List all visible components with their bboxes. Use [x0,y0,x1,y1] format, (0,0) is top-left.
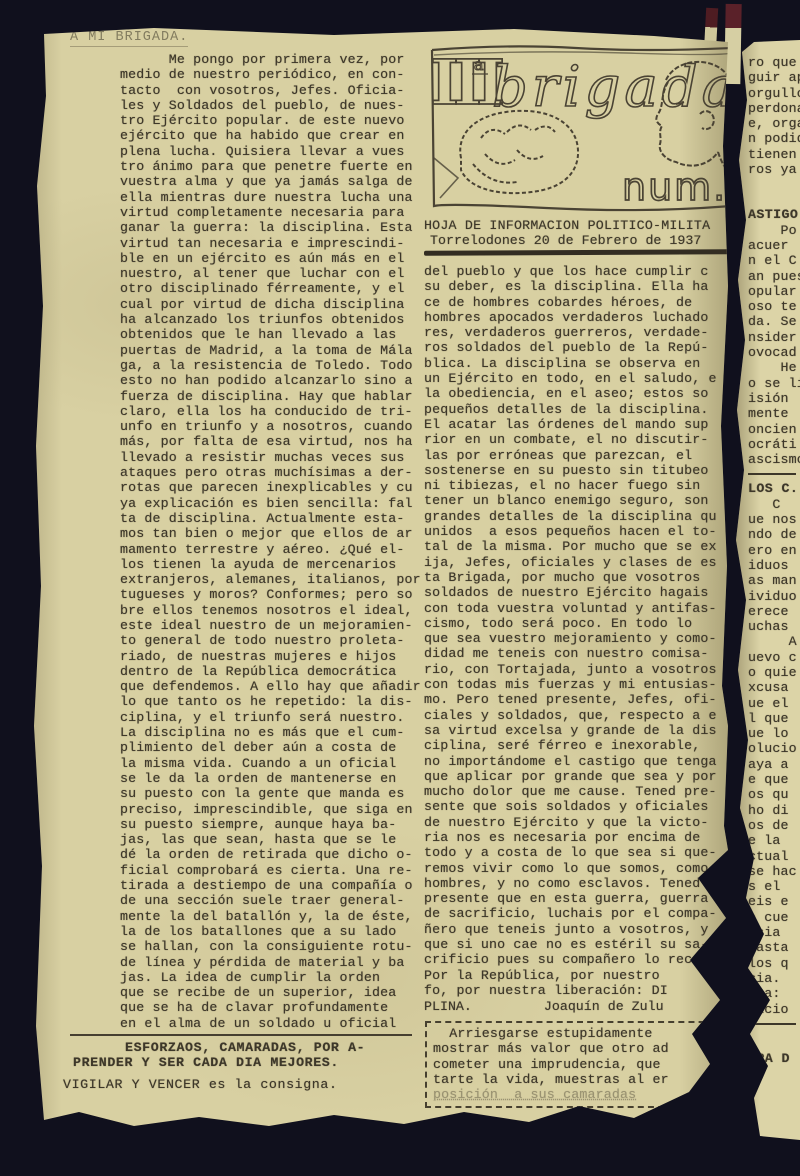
text-line: ñero que teneis junto a vosotros, y [424,922,738,937]
text-line: virtud tan necesaria e imprescindi- [120,236,450,251]
text-line: sostenerse en su puesto sin titubeo [424,463,738,478]
text-line: ovocad [748,345,800,360]
fragment-divider [748,1023,796,1025]
text-line: ascismo [748,452,800,467]
text-line: da. Se [748,314,800,329]
text-line: rio, con Tortajada, junto a vosotros [424,662,738,677]
text-line: bre ellos tenemos nosotros el ideal, [120,603,450,618]
text-line: PRENDER Y SER CADA DIA MEJORES. [63,1055,423,1070]
text-line: tro ánimo para que penetre fuerte en [120,159,450,174]
text-line: no importándome el castigo que tenga [424,754,738,769]
text-line: tal de la misma. Por mucho que se ex [424,539,738,554]
text-line: sente que sois soldados y oficiales [424,799,738,814]
text-line: rior en un combate, el no discutir- [424,432,738,447]
text-line: mucho dolor que me cause. Tened pre- [424,784,738,799]
text-line: plimiento del deber aún a costa de [120,740,450,755]
text-line: unfo en triunfo y a nosotros, cuando [120,419,450,434]
text-line: otro disciplinado férreamente, y el [120,281,450,296]
text-line: les y Soldados del pueblo, de nues- [120,98,450,113]
fragment-text: ro queguir aporgulloperdonae, organ podi… [734,40,800,1140]
text-line: ho di [748,803,800,818]
text-line: cometer una imprudencia, que [433,1057,731,1072]
scan-background: A MI BRIGADA. Me pongo por primera vez, … [0,0,800,1176]
left-column-text: Me pongo por primera vez, pormedio de nu… [120,52,450,1031]
text-line: e la [748,833,800,848]
slogan-footer: ESFORZAOS, CAMARADAS, POR A-PRENDER Y SE… [63,1040,423,1092]
text-line: tro Ejército popular. de este nuevo [120,113,450,128]
center-column-text: del pueblo y que los hace cumplir csu de… [424,264,738,998]
text-line: con todas mis fuerzas y mi entusias- [424,677,738,692]
text-line: tienen [748,147,800,162]
text-line: nuestro, al tener que luchar con el [120,266,450,281]
text-line: Por la República, por nuestro [424,968,738,983]
text-line: El acatar las órdenes del mando sup [424,417,738,432]
text-line: mo. Pero tened presente, Jefes, ofi- [424,692,738,707]
text-line: ta Brigada, por mucho que vosotros [424,570,738,585]
text-line: ue lo [748,726,800,741]
text-line: ataques pero otras muchísimas a der- [120,465,450,480]
text-line: ue el [748,696,800,711]
text-line: sa virtud excelsa y grande de la dis [424,723,738,738]
text-line: Arriesgarse estupidamente [433,1026,731,1041]
text-line: se hallan, con la consiguiente rotu- [120,939,450,954]
text-line: ha alcanzado los triunfos obtenidos [120,312,450,327]
text-line: ESFORZAOS, CAMARADAS, POR A- [63,1040,423,1055]
text-line: que se recibe de un superior, idea [120,985,450,1000]
text-line: de nuestro Ejército y que la victo- [424,815,738,830]
text-line: ija, Jefes, oficiales y clases de es [424,555,738,570]
text-line: oncien [748,422,800,437]
text-line: medio de nuestro periódico, en con- [120,67,450,82]
text-line: posición a sus camaradas [433,1087,731,1102]
text-line: las por erróneas que parezcan, el [424,448,738,463]
text-line: llevado a resistir muchas veces sus [120,450,450,465]
text-line: preciso, imprescindible, que siga en [120,802,450,817]
text-line: virtud completamente necesaria para [120,205,450,220]
text-line: aya a [748,757,800,772]
publication-subtitle: HOJA DE INFORMACION POLITICO-MILITA [424,218,736,233]
text-line: presente que en esta guerra, guerra [424,891,738,906]
text-line: que aplicar por grande que sea y por [424,769,738,784]
fragment-bottom-text: BRA D [748,1051,800,1066]
text-line: rotas que parecen inexplicables y cu [120,480,450,495]
text-line: su puesto con la gente que manda es [120,786,450,801]
text-line: A [748,634,800,649]
text-line: ganar la guerra: la disciplina. Esta [120,220,450,235]
text-line: ndo de [748,527,800,542]
text-line: un Ejército en todo, en el saludo, e [424,371,738,386]
text-line: remos vivir como lo que somos, como [424,861,738,876]
text-line: tirada a destiempo de una compañía o [120,878,450,893]
text-line: claro, ella los ha conducido de tri- [120,404,450,419]
text-line: de una sección suele traer general- [120,893,450,908]
text-line: fuerza de disciplina. Hay que hablar [120,389,450,404]
text-line: La disciplina no es más que el cum- [120,725,450,740]
text-line: ciplina, y el triunfo será nuestro. [120,710,450,725]
text-line: Po [748,223,800,238]
text-line: que se ha de clavar profundamente [120,1000,450,1015]
fist-illustration [460,111,578,193]
text-line: ctual [748,849,800,864]
text-line: ga, a la resistencia de Toledo. Todo [120,358,450,373]
text-line: an pues [748,269,800,284]
header-underline [424,249,730,256]
text-line: uchas [748,619,800,634]
fragment-heading: ASTIGO. [748,207,800,222]
text-line: más, por falta de esa virtud, nos ha [120,434,450,449]
text-line: unidos a esos pequeños hacen el to- [424,524,738,539]
text-line: ue nos [748,512,800,527]
text-line: icia [748,925,800,940]
text-line: cual por virtud de dicha disciplina [120,297,450,312]
text-line: Me pongo por primera vez, por [120,52,450,67]
text-line: ni tibiezas, el no hacer fuego sin [424,478,738,493]
text-line: que sea vuestro mejoramiento y como- [424,631,738,646]
text-line: n podid [748,131,800,146]
text-line: ros soldados del pueblo de la Repú- [424,340,738,355]
text-line: n el C [748,253,800,268]
text-line: que si uno cae no es estéril su sa- [424,937,738,952]
text-line: gasta [748,940,800,955]
text-line: jas, las que sean, hasta que se le [120,832,450,847]
text-line: o se li [748,376,800,391]
text-line: olucio [748,741,800,756]
text-line: puertas de Madrid, a la toma de Mála [120,343,450,358]
text-line: res, verdaderos guerreros, verdade- [424,325,738,340]
text-line: nsider [748,330,800,345]
text-line: ble en un ejército es aún más en el [120,251,450,266]
text-line: en el alma de un soldado u oficial [120,1016,450,1031]
text-line: tacto con vosotros, Jefes. Oficia- [120,83,450,98]
text-line: se le da la orden de mantenerse en [120,771,450,786]
text-line: dé la orden de retirada que dicho o- [120,847,450,862]
text-line: fo, por nuestra liberación: DI [424,983,738,998]
text-line: de sacrificio, luchais por el compa- [424,906,738,921]
fragment-top-lines: ro queguir aporgulloperdonae, organ podi… [748,55,800,177]
text-line: oso te [748,299,800,314]
text-line: sea: [748,986,800,1001]
text-line: mente la del batallón y, la de éste, [120,909,450,924]
text-line: opular [748,284,800,299]
text-line: soldados de nuestro Ejército hagais [424,585,738,600]
text-line: los tienen la ayuda de mercenarios [120,557,450,572]
fragment-mid-lines: Poacuern el Can puesopularoso teda. Sens… [748,223,800,468]
text-line: tugueses y moros? Conformes; pero so [120,587,450,602]
text-line: o quie [748,665,800,680]
text-line: vuestra alma y que ya jamás salga de [120,174,450,189]
text-line: as man [748,573,800,588]
text-line: hombres, y no como esclavos. Tened [424,876,738,891]
text-line: He [748,360,800,375]
text-line: blica. La disciplina se observa en [424,356,738,371]
text-line: de línea y pérdida de material y ba [120,955,450,970]
text-line: ria nos es necesaria por encima de [424,830,738,845]
brigade-ordinal: a [474,55,484,74]
text-line: crificio pues su compañero lo recoge [424,952,738,967]
text-line: este ideal nuestro de un mejoramien- [120,618,450,633]
text-line: pequeños detalles de la disciplina. [424,402,738,417]
text-line: l que [748,711,800,726]
text-line: se hac [748,864,800,879]
text-line: ros ya [748,162,800,177]
text-line: tener un blanco enemigo seguro, son [424,493,738,508]
text-line: ya explicación es bien sencilla: fal [120,496,450,511]
text-line: to general de todo nuestro proleta- [120,633,450,648]
text-line: lo que tanto os he repetido: la dis- [120,694,450,709]
signature: Joaquín de Zulu [544,999,664,1014]
text-line: o cue [748,910,800,925]
text-line: iduos [748,558,800,573]
text-line: plena lucha. Quisiera llevar a vues [120,144,450,159]
text-line: jas. La idea de cumplir la orden [120,970,450,985]
text-line: ta de disciplina. Actualmente esta- [120,511,450,526]
text-line: esto no han podido alcanzarlo sino a [120,373,450,388]
text-line: ella mientras dure nuestra lucha una [120,190,450,205]
text-line: ero en [748,543,800,558]
text-line: la misma vida. Cuando a un oficial [120,756,450,771]
text-line: ficial comprobará es cierta. Una re- [120,863,450,878]
text-line: vicio [748,1002,800,1017]
text-line: orgullo [748,86,800,101]
text-line: los q [748,956,800,971]
text-line: mostrar más valor que otro ad [433,1041,731,1056]
text-line: su deber, es la disciplina. Ella ha [424,279,738,294]
text-line: ciales y soldados, que, respecto a e [424,708,738,723]
text-line: eis e [748,894,800,909]
text-line: os qu [748,787,800,802]
text-line: perdona [748,101,800,116]
text-line: uevo c [748,650,800,665]
masthead-illustration: III a brigada num.8 [426,40,738,220]
text-line: VIGILAR Y VENCER es la consigna. [63,1077,423,1092]
text-line: cismo, todo será poco. En todo lo [424,616,738,631]
text-line: ro que [748,55,800,70]
dateline: Torrelodones 20 de Febrero de 1937 [430,233,740,248]
text-line: erece [748,604,800,619]
newspaper-page: A MI BRIGADA. Me pongo por primera vez, … [34,26,728,1138]
text-line: ce de hombres cobardes héroes, de [424,295,738,310]
text-line: riado, de nuestras mujeres e hijos [120,649,450,664]
masthead-title: brigada [492,55,738,120]
text-line: ocráti [748,437,800,452]
text-line: que defendemos. A ello hay que añadir [120,679,450,694]
issue-number: num.8 [622,165,738,209]
text-line: grandes detalles de la disciplina qu [424,509,738,524]
text-line: extranjeros, alemanes, italianos, por [120,572,450,587]
text-line: os de [748,818,800,833]
text-line: xcusa [748,680,800,695]
text-line: tarte la vida, muestras al er [433,1072,731,1087]
fragment-section-heading: LOS C. [748,481,800,496]
text-line: la de los batallones que a su lado [120,924,450,939]
text-line: del pueblo y que los hace cumplir c [424,264,738,279]
text-line: obtenidos que le han llevado a las [120,327,450,342]
text-line: mamento terrestre y aéreo. ¿Qué el- [120,542,450,557]
text-line: mos tan bien o mejor que ellos de ar [120,526,450,541]
dedication-heading: A MI BRIGADA. [70,30,188,47]
text-line: C [748,497,800,512]
notice-box: Arriesgarse estupidamentemostrar más val… [425,1021,735,1108]
text-line: e que [748,772,800,787]
text-line: ejército que ha habido que crear en [120,128,450,143]
text-line: mente [748,406,800,421]
text-line: acuer [748,238,800,253]
torn-page-fragment: ro queguir aporgulloperdonae, organ podi… [734,40,800,1140]
text-line: ciplina, seré férreo e inexorable, [424,738,738,753]
text-line: ividuo [748,589,800,604]
fragment-divider [748,473,796,475]
left-column-divider [70,1034,412,1036]
text-line: s el [748,879,800,894]
text-line: cia. [748,971,800,986]
text-line: isión [748,391,800,406]
text-line: didad me teneis con nuestro comisa- [424,646,738,661]
text-line: guir ap [748,70,800,85]
text-line: con toda vuestra voluntad y antifas- [424,601,738,616]
text-line: e, orga [748,116,800,131]
closing-word: PLINA. [424,999,472,1014]
text-line: dentro de la República democrática [120,664,450,679]
fragment-lower-lines: Cue nosndo deero eniduosas manividuoerec… [748,497,800,1017]
text-line: todo y a costa de lo que sea si que- [424,845,738,860]
closing-line: PLINA. Joaquín de Zulu [424,999,724,1014]
text-line: la obediencia, en el aseo; estos so [424,386,738,401]
text-line: hombres apocados verdaderos luchado [424,310,738,325]
text-line: su puesto siempre, aunque haya ba- [120,817,450,832]
